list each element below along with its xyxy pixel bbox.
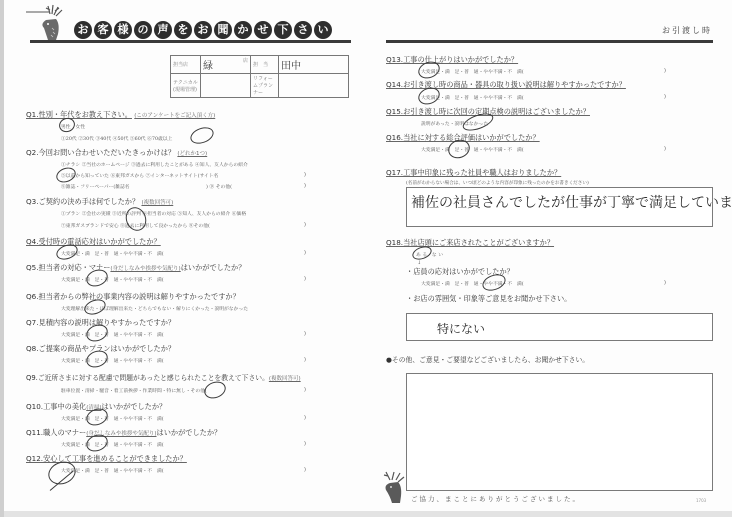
q8-scale[interactable]: 大変満足・満 足・普 通・やや不満・不 満( [61,357,164,364]
rep-field[interactable]: 田中 [279,56,349,74]
title-char: お [194,21,212,39]
planner-label: リフォームプランナー [251,74,279,98]
q9-selection-circle [202,379,228,402]
title-char: 聞 [214,21,232,39]
q12-scale[interactable]: 大変満足・満 足・普 通・やや不満・不 満( [61,467,164,474]
q2-selection-circle [54,165,78,185]
title-char: を [174,21,192,39]
question-q2: Q2.今回お問い合わせいただいたきっかけは？ (どれか1つ) [26,148,207,158]
question-q12: Q12.安心して工事を進めることができましたか？ [26,454,187,464]
handover-label: お引渡し時 [662,25,712,36]
deer-footer-icon [382,470,406,504]
title-char: 客 [94,21,112,39]
question-q6: Q6.担当者からの弊社の事業内容の説明は解りやすかったですか？ [26,292,240,302]
q17-note: (名前がわからない場合は、いつ頃どのような内容が印象に残ったのかをお書きください… [406,180,589,186]
q18-sub2-question: ・お店の雰囲気・印象等ご意見をお聞かせ下さい。 [406,294,571,304]
right-title-underline [386,40,713,43]
question-q9: Q9.ご近所さまに対する配慮で問題があったと感じられたことを教えて下さい。(複数… [26,372,301,382]
title-char: 声 [154,21,172,39]
q5-scale[interactable]: 大変満足・満 足・普 通・やや不満・不 満( [61,276,164,283]
q1-age-options[interactable]: ①20代 ②30代 ③40代 ④50代 ⑤60代 ⑥70歳以上 [61,135,172,142]
question-q3: Q3.ご契約の決め手は何でしたか？ (複数回答可) [26,197,173,207]
page-title: お客様の声をお聞かせ下さい [74,21,332,39]
title-char: い [314,21,332,39]
staff-table: 担当店 緑店 担 当 田中 テクニカル(現場管理) リフォームプランナー [170,55,349,98]
other-comments-label: ●その他、ご意見・ご要望などございましたら、お聞かせ下さい。 [386,354,589,364]
q3-options-line1[interactable]: ①プラン ②会社の実績 ③近所の評判 ④担当者の対応 ⑤知人、友人からの紹介 ⑥… [61,210,246,217]
q10-scale[interactable]: 大変満足・満 足・普 通・やや不満・不 満( [61,415,164,422]
thank-you-message: ご協力、まことにありがとうございました。 [411,494,581,503]
title-underline [30,40,351,43]
store-label: 担当店 [171,56,201,74]
question-q17: Q17.工事中印象に残った社員や職人はおりましたか？ [386,168,561,178]
q2-options-line2[interactable]: ⑤以前から知っていた ⑥東邦ガスから ⑦インターネットサイト(サイト名 [61,172,218,179]
q2-options-line3[interactable]: ⑧雑誌・フリーペーパー(雑誌名 [61,183,130,190]
title-char: 様 [114,21,132,39]
rep-label: 担 当 [251,56,279,74]
technical-field[interactable] [201,74,251,98]
question-q5: Q5.担当者の対応・マナー(身だしなみや挨拶や気配り)はいかがでしたか？ [26,263,245,273]
question-q13: Q13.工事の仕上がりはいかがでしたか？ [386,55,518,65]
left-page: お客様の声をお聞かせ下さい 担当店 緑店 担 当 田中 テクニカル(現場管理) … [0,0,366,517]
q17-answer: 補佐の社員さんでしたが仕事が丁寧で満足しています。 [411,192,732,212]
title-char: せ [254,21,272,39]
question-q4: Q4.受付時の電話応対はいかがでしたか？ [26,237,161,247]
title-char: 下 [274,21,292,39]
title-char: さ [294,21,312,39]
q16-scale[interactable]: 大変満足・満 足・普 通・やや不満・不 満( [421,146,524,153]
q18-sub1-scale[interactable]: 大変満足・満 足・普 通・やや不満・不 満( [421,280,524,287]
q11-scale[interactable]: 大変満足・満 足・普 通・やや不満・不 満( [61,441,164,448]
store-field[interactable]: 緑店 [201,56,251,74]
question-q1: Q1.性別・年代をお教え下さい。 (このアンケートをご記入頂く方) [26,110,215,120]
q9-scale[interactable]: 駐車位置・清掃・騒音・着工前挨拶・作業時間・特に無し・その他( [61,387,207,394]
deer-logo-icon [26,4,66,42]
title-char: か [234,21,252,39]
q7-scale[interactable]: 大変満足・満 足・普 通・やや不満・不 満( [61,331,164,338]
question-q18: Q18.当社店頭にご来店されたことがございますか？ [386,238,554,248]
q18-sub2-answer-box[interactable]: 特にない [406,313,713,341]
q2-options-line1[interactable]: ①チラシ ②当社のホームページ ③過去に利用したことがある ④知人、友人からの紹… [61,161,248,168]
arrow-down-icon: ↓ [417,260,421,266]
form-code: 1703 [696,498,706,503]
title-char: お [74,21,92,39]
q18-sub2-answer: 特にない [437,320,485,337]
question-q14: Q14.お引き渡し時の商品・器具の取り扱い説明は解りやすかったですか？ [386,80,626,90]
technical-label: テクニカル(現場管理) [171,74,201,98]
q1-age-circle [188,124,216,146]
right-page: お引渡し時 Q13.工事の仕上がりはいかがでしたか？ 大変満足・満 足・普 通・… [366,0,732,517]
q2-options-line3b[interactable]: ) ⑨ その他( [206,183,232,190]
title-char: の [134,21,152,39]
other-comments-box[interactable] [406,373,713,491]
q3-selection-circle [122,204,149,233]
planner-field[interactable] [279,74,349,98]
question-q11: Q11.職人のマナー(身だしなみや挨拶や気配り)はいかがでしたか？ [26,428,221,438]
q17-answer-box[interactable]: 補佐の社員さんでしたが仕事が丁寧で満足しています。 [406,187,713,227]
